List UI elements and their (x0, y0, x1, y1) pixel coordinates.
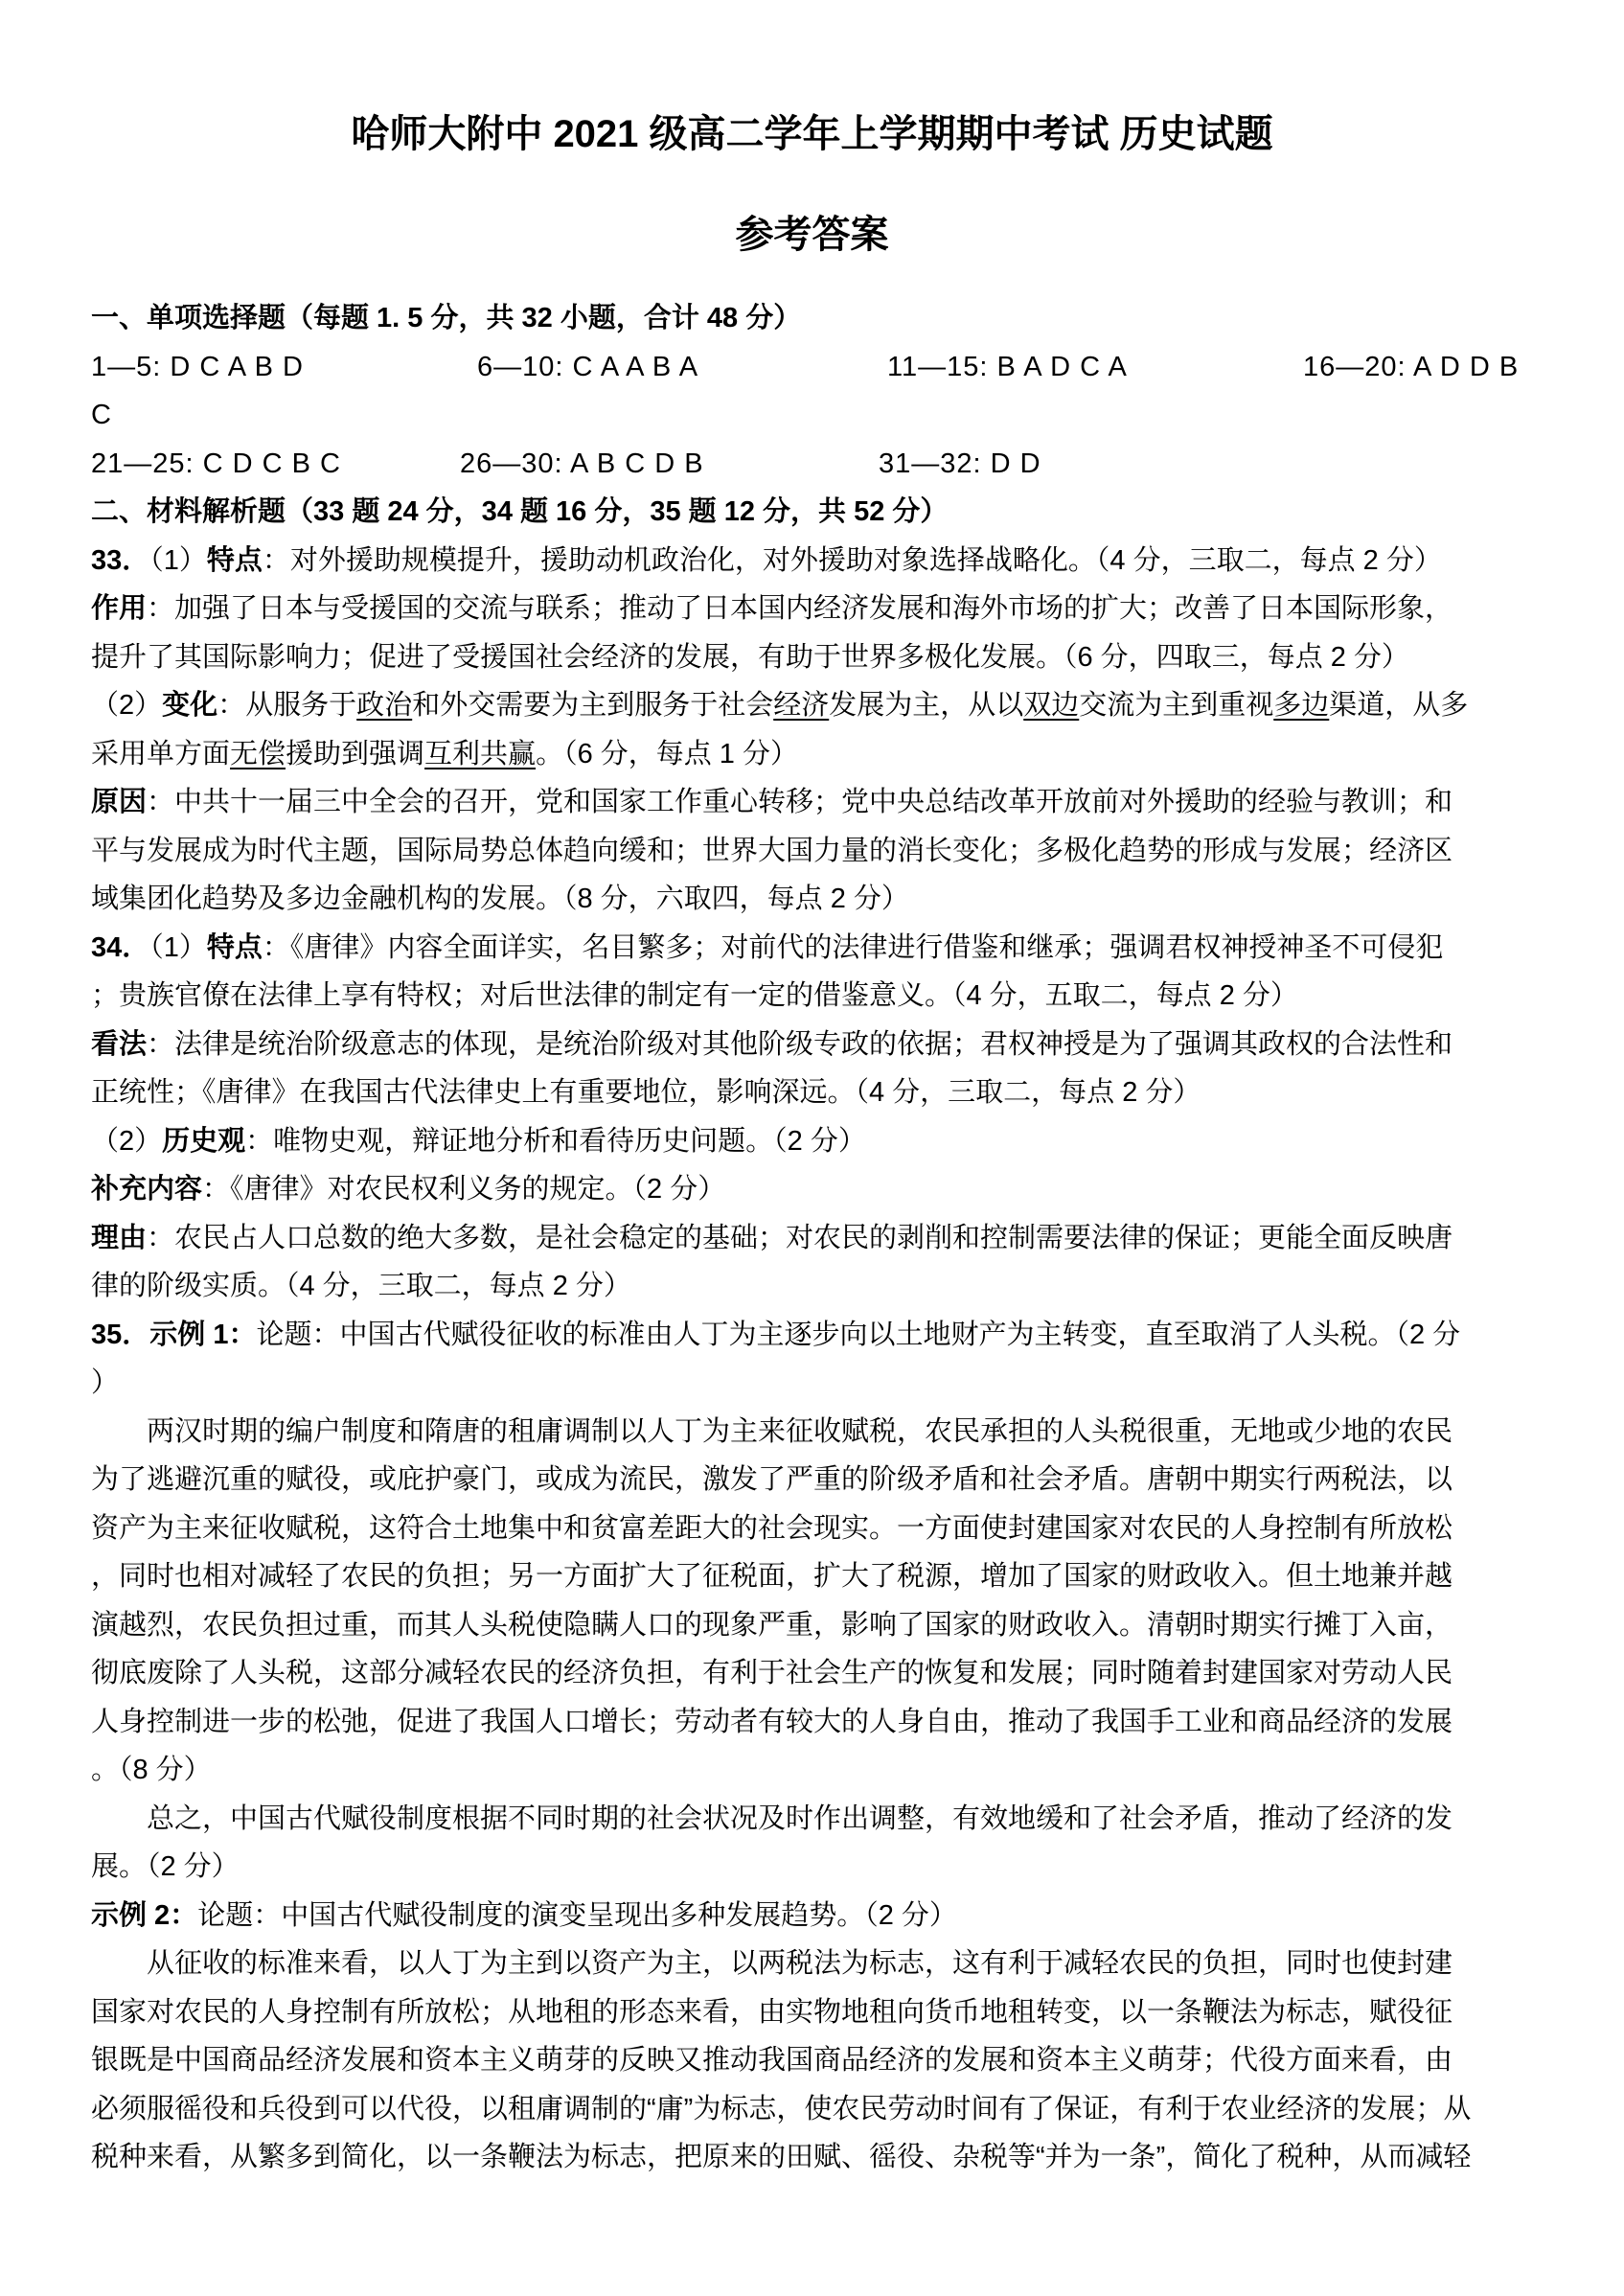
text-line: 为了逃避沉重的赋役，或庇护豪门，或成为流民，激发了严重的阶级矛盾和社会矛盾。唐朝… (91, 1456, 1533, 1504)
body-text: ：农民占人口总数的绝大多数，是社会稳定的基础；对农民的剥削和控制需要法律的保证；… (147, 1223, 1452, 1253)
text-line: ；贵族官僚在法律上享有特权；对后世法律的制定有一定的借鉴意义。（4 分，五取二，… (91, 972, 1533, 1021)
document-body: 一、单项选择题（每题 1. 5 分，共 32 小题，合计 48 分）1—5: D… (91, 294, 1533, 2182)
underlined-text: 双边 (1023, 690, 1079, 721)
body-text: ：《唐律》内容全面详实，名目繁多；对前代的法律进行借鉴和继承；强调君权神授神圣不… (263, 932, 1444, 963)
choice-answer-row: 1—5: D C A B D6—10: C A A B A11—15: B A … (91, 343, 1533, 392)
text-line: 平与发展成为时代主题，国际局势总体趋向缓和；世界大国力量的消长变化；多极化趋势的… (91, 827, 1533, 876)
body-text: ：中共十一届三中全会的召开，党和国家工作重心转移；党中央总结改革开放前对外援助的… (147, 787, 1452, 817)
body-text: 必须服徭役和兵役到可以代役，以租庸调制的“庸”为标志，使农民劳动时间有了保证，有… (91, 2094, 1471, 2124)
text-line: 提升了其国际影响力；促进了受援国社会经济的发展，有助于世界多极化发展。（6 分，… (91, 633, 1533, 682)
text-line: 作用：加强了日本与受援国的交流与联系；推动了日本国内经济发展和海外市场的扩大；改… (91, 585, 1533, 633)
text-line: 。（8 分） (91, 1746, 1533, 1795)
answer-key-heading: 参考答案 (91, 208, 1533, 262)
answer-group: 16—20: A D D B (1303, 343, 1519, 392)
text-line: 示例 2：论题：中国古代赋役制度的演变呈现出多种发展趋势。（2 分） (91, 1892, 1533, 1940)
label-text: 示例 2： (91, 1900, 197, 1931)
answer-group: 31—32: D D (879, 440, 1041, 489)
text-line: 域集团化趋势及多边金融机构的发展。（8 分，六取四，每点 2 分） (91, 875, 1533, 924)
answer-group: 21—25: C D C B C (91, 440, 460, 489)
answer-group: 1—5: D C A B D (91, 343, 477, 392)
body-text: （2） (91, 1126, 162, 1157)
body-text: 演越烈，农民负担过重，而其人头税使隐瞒人口的现象严重，影响了国家的财政收入。清朝… (91, 1610, 1452, 1641)
text-line: 看法：法律是统治阶级意志的体现，是统治阶级对其他阶级专政的依据；君权神授是为了强… (91, 1021, 1533, 1069)
text-line: C (91, 391, 1533, 440)
exam-answer-page: 哈师大附中 2021 级高二学年上学期期中考试 历史试题 参考答案 一、单项选择… (0, 0, 1624, 2296)
body-text: 国家对农民的人身控制有所放松；从地租的形态来看，由实物地租向货币地租转变，以一条… (91, 1997, 1452, 2028)
body-text: （1） (149, 545, 207, 576)
body-text: ） (91, 1367, 119, 1398)
label-text: 历史观 (162, 1126, 245, 1157)
text-line: 总之，中国古代赋役制度根据不同时期的社会状况及时作出调整，有效地缓和了社会矛盾，… (91, 1795, 1533, 1844)
text-line: ） (91, 1359, 1533, 1408)
body-text: 和外交需要为主到服务于社会 (412, 690, 773, 721)
text-line: 彻底废除了人头税，这部分减轻农民的经济负担，有利于社会生产的恢复和发展；同时随着… (91, 1649, 1533, 1698)
label-text: 35． (91, 1320, 149, 1350)
answer-group: 26—30: A B C D B (460, 440, 879, 489)
text-line: 一、单项选择题（每题 1. 5 分，共 32 小题，合计 48 分） (91, 294, 1533, 343)
underlined-text: 经济 (773, 690, 829, 721)
body-text: 交流为主到重视 (1079, 690, 1273, 721)
underlined-text: 多边 (1273, 690, 1329, 721)
answer-group: 11—15: B A D C A (887, 343, 1303, 392)
body-text: 论题：中国古代赋役制度的演变呈现出多种发展趋势。（2 分） (197, 1900, 957, 1931)
underlined-text: 无偿 (230, 739, 286, 769)
text-line: （2）历史观：唯物史观，辩证地分析和看待历史问题。（2 分） (91, 1117, 1533, 1166)
text-line: （2）变化：从服务于政治和外交需要为主到服务于社会经济发展为主，从以双边交流为主… (91, 681, 1533, 730)
body-text: 平与发展成为时代主题，国际局势总体趋向缓和；世界大国力量的消长变化；多极化趋势的… (91, 836, 1452, 866)
text-line: 银既是中国商品经济发展和资本主义萌芽的反映又推动我国商品经济的发展和资本主义萌芽… (91, 2036, 1533, 2085)
label-text: 33． (91, 545, 149, 576)
text-line: 两汉时期的编户制度和隋唐的租庸调制以人丁为主来征收赋税，农民承担的人头税很重，无… (91, 1408, 1533, 1457)
text-line: 二、材料解析题（33 题 24 分，34 题 16 分，35 题 12 分，共 … (91, 488, 1533, 537)
label-text: 特点 (207, 545, 263, 576)
text-line: 必须服徭役和兵役到可以代役，以租庸调制的“庸”为标志，使农民劳动时间有了保证，有… (91, 2085, 1533, 2134)
label-text: 变化 (162, 690, 217, 721)
body-text: 总之，中国古代赋役制度根据不同时期的社会状况及时作出调整，有效地缓和了社会矛盾，… (91, 1803, 1452, 1834)
body-text: 彻底废除了人头税，这部分减轻农民的经济负担，有利于社会生产的恢复和发展；同时随着… (91, 1658, 1452, 1688)
body-text: ，同时也相对减轻了农民的负担；另一方面扩大了征税面，扩大了税源，增加了国家的财政… (91, 1561, 1452, 1592)
body-text: 域集团化趋势及多边金融机构的发展。（8 分，六取四，每点 2 分） (91, 884, 909, 914)
text-line: 国家对农民的人身控制有所放松；从地租的形态来看，由实物地租向货币地租转变，以一条… (91, 1988, 1533, 2037)
body-text: 采用单方面 (91, 739, 230, 769)
text-line: 34．（1）特点：《唐律》内容全面详实，名目繁多；对前代的法律进行借鉴和继承；强… (91, 924, 1533, 973)
body-text: （1） (149, 932, 207, 963)
label-text: 34． (91, 932, 149, 963)
text-line: 展。（2 分） (91, 1843, 1533, 1892)
label-text: 补充内容 (91, 1174, 202, 1205)
body-text: 提升了其国际影响力；促进了受援国社会经济的发展，有助于世界多极化发展。（6 分，… (91, 642, 1409, 673)
body-text: 从征收的标准来看，以人丁为主到以资产为主，以两税法为标志，这有利于减轻农民的负担… (91, 1948, 1452, 1979)
body-text: 律的阶级实质。（4 分，三取二，每点 2 分） (91, 1271, 631, 1301)
text-line: 税种来看，从繁多到简化，以一条鞭法为标志，把原来的田赋、徭役、杂税等“并为一条”… (91, 2133, 1533, 2182)
text-line: 原因：中共十一届三中全会的召开，党和国家工作重心转移；党中央总结改革开放前对外援… (91, 778, 1533, 827)
text-line: 补充内容：《唐律》对农民权利义务的规定。（2 分） (91, 1165, 1533, 1214)
body-text: C (91, 400, 111, 430)
text-line: ，同时也相对减轻了农民的负担；另一方面扩大了征税面，扩大了税源，增加了国家的财政… (91, 1552, 1533, 1601)
body-text: ：唯物史观，辩证地分析和看待历史问题。（2 分） (245, 1126, 866, 1157)
document: 哈师大附中 2021 级高二学年上学期期中考试 历史试题 参考答案 一、单项选择… (0, 0, 1624, 2182)
text-line: 采用单方面无偿援助到强调互利共赢。（6 分，每点 1 分） (91, 730, 1533, 779)
body-text: ：加强了日本与受援国的交流与联系；推动了日本国内经济发展和海外市场的扩大；改善了… (147, 593, 1452, 624)
body-text: 展。（2 分） (91, 1851, 240, 1882)
choice-answer-row: 21—25: C D C B C26—30: A B C D B31—32: D… (91, 440, 1533, 489)
text-line: 33．（1）特点：对外援助规模提升，援助动机政治化，对外援助对象选择战略化。（4… (91, 537, 1533, 585)
body-text: 资产为主来征收赋税，这符合土地集中和贫富差距大的社会现实。一方面使封建国家对农民… (91, 1513, 1452, 1544)
body-text: ：《唐律》对农民权利义务的规定。（2 分） (202, 1174, 725, 1205)
text-line: 资产为主来征收赋税，这符合土地集中和贫富差距大的社会现实。一方面使封建国家对农民… (91, 1504, 1533, 1553)
body-text: ：法律是统治阶级意志的体现，是统治阶级对其他阶级专政的依据；君权神授是为了强调其… (147, 1029, 1452, 1060)
body-text: 人身控制进一步的松弛，促进了我国人口增长；劳动者有较大的人身自由，推动了我国手工… (91, 1707, 1452, 1737)
text-line: 人身控制进一步的松弛，促进了我国人口增长；劳动者有较大的人身自由，推动了我国手工… (91, 1698, 1533, 1747)
body-text: ：从服务于 (217, 690, 356, 721)
body-text: ：对外援助规模提升，援助动机政治化，对外援助对象选择战略化。（4 分，三取二，每… (263, 545, 1442, 576)
body-text: 援助到强调 (286, 739, 424, 769)
exam-title: 哈师大附中 2021 级高二学年上学期期中考试 历史试题 (91, 0, 1533, 161)
label-text: 理由 (91, 1223, 147, 1253)
body-text: 为了逃避沉重的赋役，或庇护豪门，或成为流民，激发了严重的阶级矛盾和社会矛盾。唐朝… (91, 1464, 1452, 1495)
text-line: 正统性；《唐律》在我国古代法律史上有重要地位，影响深远。（4 分，三取二，每点 … (91, 1068, 1533, 1117)
answer-group: 6—10: C A A B A (477, 343, 887, 392)
label-text: 特点 (207, 932, 263, 963)
body-text: （2） (91, 690, 162, 721)
text-line: 理由：农民占人口总数的绝大多数，是社会稳定的基础；对农民的剥削和控制需要法律的保… (91, 1214, 1533, 1263)
text-line: 35．示例 1：论题：中国古代赋役征收的标准由人丁为主逐步向以土地财产为主转变，… (91, 1311, 1533, 1360)
label-text: 一、单项选择题（每题 1. 5 分，共 32 小题，合计 48 分） (91, 303, 801, 333)
label-text: 看法 (91, 1029, 147, 1060)
label-text: 作用 (91, 593, 147, 624)
body-text: 。（6 分，每点 1 分） (536, 739, 798, 769)
label-text: 二、材料解析题（33 题 24 分，34 题 16 分，35 题 12 分，共 … (91, 496, 948, 527)
body-text: 税种来看，从繁多到简化，以一条鞭法为标志，把原来的田赋、徭役、杂税等“并为一条”… (91, 2142, 1471, 2172)
body-text: 银既是中国商品经济发展和资本主义萌芽的反映又推动我国商品经济的发展和资本主义萌芽… (91, 2045, 1452, 2076)
body-text: 。（8 分） (91, 1755, 212, 1785)
body-text: 发展为主，从以 (829, 690, 1023, 721)
text-line: 演越烈，农民负担过重，而其人头税使隐瞒人口的现象严重，影响了国家的财政收入。清朝… (91, 1601, 1533, 1650)
body-text: 渠道，从多 (1329, 690, 1468, 721)
underlined-text: 互利共赢 (424, 739, 536, 769)
body-text: 论题：中国古代赋役征收的标准由人丁为主逐步向以土地财产为主转变，直至取消了人头税… (256, 1320, 1460, 1350)
label-text: 示例 1： (149, 1320, 256, 1350)
underlined-text: 政治 (356, 690, 412, 721)
text-line: 从征收的标准来看，以人丁为主到以资产为主，以两税法为标志，这有利于减轻农民的负担… (91, 1940, 1533, 1988)
body-text: 两汉时期的编户制度和隋唐的租庸调制以人丁为主来征收赋税，农民承担的人头税很重，无… (91, 1416, 1452, 1447)
label-text: 原因 (91, 787, 147, 817)
body-text: ；贵族官僚在法律上享有特权；对后世法律的制定有一定的借鉴意义。（4 分，五取二，… (91, 980, 1298, 1011)
text-line: 律的阶级实质。（4 分，三取二，每点 2 分） (91, 1262, 1533, 1311)
body-text: 正统性；《唐律》在我国古代法律史上有重要地位，影响深远。（4 分，三取二，每点 … (91, 1077, 1201, 1108)
